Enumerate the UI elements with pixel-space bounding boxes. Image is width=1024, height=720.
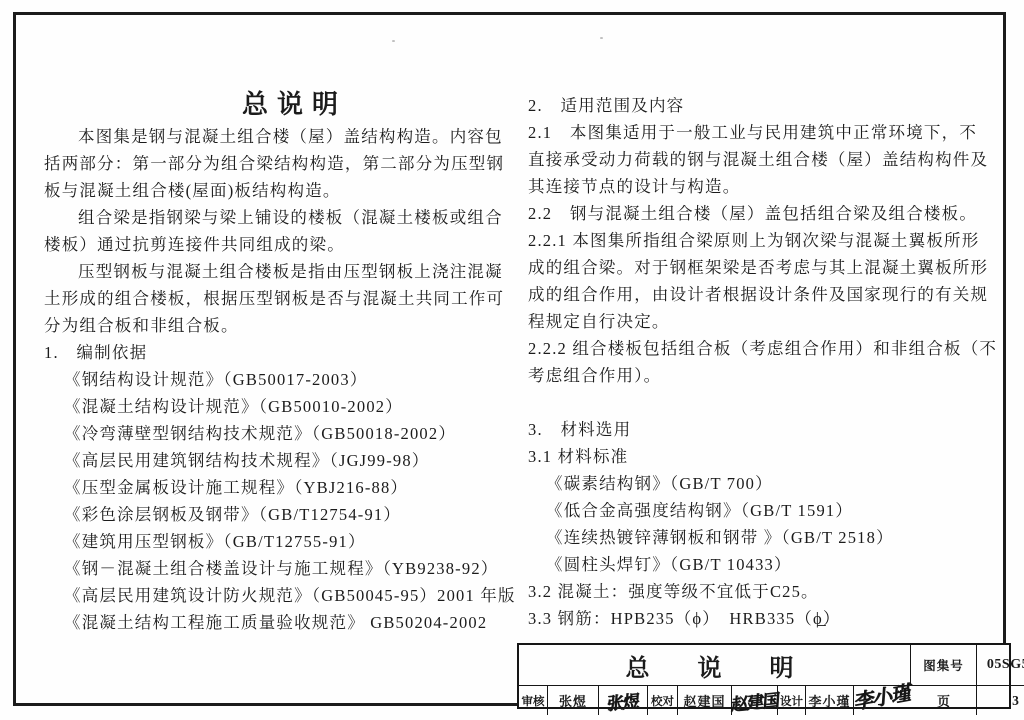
text-line: 《连续热镀锌薄钢板和钢带 》（GB/T 2518） bbox=[528, 524, 1006, 551]
text-line: 3.3 钢筋：HPB235（ϕ） HRB335（ϕ̲） bbox=[528, 605, 1006, 632]
text-line: 《建筑用压型钢板》（GB/T12755-91） bbox=[44, 528, 512, 555]
text-line: 括两部分：第一部分为组合梁结构构造，第二部分为压型钢 bbox=[44, 150, 512, 177]
text-line: 压型钢板与混凝土组合楼板是指由压型钢板上浇注混凝 bbox=[44, 258, 512, 285]
text-line: 成的组合梁。对于钢框架梁是否考虑与其上混凝土翼板所形 bbox=[528, 254, 1006, 281]
text-line: 其连接节点的设计与构造。 bbox=[528, 173, 1006, 200]
right-column: 2. 适用范围及内容2.1 本图集适用于一般工业与民用建筑中正常环境下，不直接承… bbox=[528, 92, 1006, 632]
text-line: 程规定自行决定。 bbox=[528, 308, 1006, 335]
text-line: 《混凝土结构工程施工质量验收规范》 GB50204-2002 bbox=[44, 609, 512, 636]
scanned-page: 总说明 本图集是钢与混凝土组合楼（屋）盖结构构造。内容包括两部分：第一部分为组合… bbox=[0, 0, 1024, 720]
text-line: 板与混凝土组合楼(屋面)板结构构造。 bbox=[44, 177, 512, 204]
text-line: 考虑组合作用）。 bbox=[528, 362, 1006, 389]
text-line: 3.2 混凝土：强度等级不宜低于C25。 bbox=[528, 578, 1006, 605]
text-line: 1. 编制依据 bbox=[44, 339, 512, 366]
text-line: 2.2.2 组合楼板包括组合板（考虑组合作用）和非组合板（不 bbox=[528, 335, 1006, 362]
scan-speck bbox=[392, 40, 395, 42]
proof-label: 校对 bbox=[648, 686, 678, 715]
title-block-title: 总 说 明 bbox=[519, 645, 911, 686]
text-line: 本图集是钢与混凝土组合楼（屋）盖结构构造。内容包 bbox=[44, 123, 512, 150]
signature-row: 审核 张煜 张煜 校对 赵建国 赵建国 设计 李小瑾 李小瑾 bbox=[519, 686, 911, 715]
left-column: 本图集是钢与混凝土组合楼（屋）盖结构构造。内容包括两部分：第一部分为组合梁结构构… bbox=[44, 123, 512, 636]
text-line: 3. 材料选用 bbox=[528, 416, 1006, 443]
text-line: 土形成的组合楼板，根据压型钢板是否与混凝土共同工作可 bbox=[44, 285, 512, 312]
scan-speck bbox=[84, 318, 86, 320]
designer-name: 李小瑾 bbox=[806, 686, 854, 715]
scan-speck bbox=[600, 37, 603, 39]
text-line: 《钢结构设计规范》（GB50017-2003） bbox=[44, 366, 512, 393]
text-line: 2.1 本图集适用于一般工业与民用建筑中正常环境下，不 bbox=[528, 119, 1006, 146]
text-line: 《高层民用建筑设计防火规范》（GB50045-95）2001 年版 bbox=[44, 582, 512, 609]
text-line: 楼板）通过抗剪连接件共同组成的梁。 bbox=[44, 231, 512, 258]
handwritten-signature: 赵建国 bbox=[730, 685, 780, 715]
proofreader-signature: 赵建国 bbox=[732, 686, 778, 715]
text-line: 《钢－混凝土组合楼盖设计与施工规程》（YB9238-92） bbox=[44, 555, 512, 582]
text-line: 《压型金属板设计施工规程》（YBJ216-88） bbox=[44, 474, 512, 501]
text-line: 分为组合板和非组合板。 bbox=[44, 312, 512, 339]
designer-signature: 李小瑾 bbox=[854, 686, 911, 715]
review-label: 审核 bbox=[519, 686, 548, 715]
handwritten-signature: 张煜 bbox=[606, 686, 640, 715]
text-line: 《彩色涂层钢板及钢带》（GB/T12754-91） bbox=[44, 501, 512, 528]
proofreader-name: 赵建国 bbox=[678, 686, 732, 715]
text-line: 2.2.1 本图集所指组合梁原则上为钢次梁与混凝土翼板所形 bbox=[528, 227, 1006, 254]
text-line: 《低合金高强度结构钢》（GB/T 1591） bbox=[528, 497, 1006, 524]
atlas-number-value: 05SG522 bbox=[977, 645, 1024, 686]
page-number-value: 3 bbox=[977, 686, 1024, 715]
text-line: 《圆柱头焊钉》（GB/T 10433） bbox=[528, 551, 1006, 578]
reviewer-signature: 张煜 bbox=[599, 686, 648, 715]
title-block: 总 说 明 图集号 05SG522 审核 张煜 张煜 校对 赵建国 赵建国 设计… bbox=[517, 643, 1011, 709]
text-line: 成的组合作用，由设计者根据设计条件及国家现行的有关规 bbox=[528, 281, 1006, 308]
text-line: 直接承受动力荷载的钢与混凝土组合楼（屋）盖结构构件及 bbox=[528, 146, 1006, 173]
text-line bbox=[528, 389, 1006, 416]
text-line: 3.1 材料标准 bbox=[528, 443, 1006, 470]
text-line: 《混凝土结构设计规范》（GB50010-2002） bbox=[44, 393, 512, 420]
scan-speck bbox=[938, 153, 940, 155]
text-line: 组合梁是指钢梁与梁上铺设的楼板（混凝土楼板或组合 bbox=[44, 204, 512, 231]
scan-speck bbox=[566, 420, 568, 422]
text-line: 2.2 钢与混凝土组合楼（屋）盖包括组合梁及组合楼板。 bbox=[528, 200, 1006, 227]
text-line: 《碳素结构钢》（GB/T 700） bbox=[528, 470, 1006, 497]
page-title: 总说明 bbox=[242, 84, 347, 121]
page-number-label: 页 bbox=[911, 686, 977, 715]
atlas-number-label: 图集号 bbox=[911, 645, 977, 686]
text-line: 《冷弯薄壁型钢结构技术规范》（GB50018-2002） bbox=[44, 420, 512, 447]
text-line: 《高层民用建筑钢结构技术规程》（JGJ99-98） bbox=[44, 447, 512, 474]
reviewer-name: 张煜 bbox=[548, 686, 599, 715]
text-line: 2. 适用范围及内容 bbox=[528, 92, 1006, 119]
design-label: 设计 bbox=[778, 686, 806, 715]
